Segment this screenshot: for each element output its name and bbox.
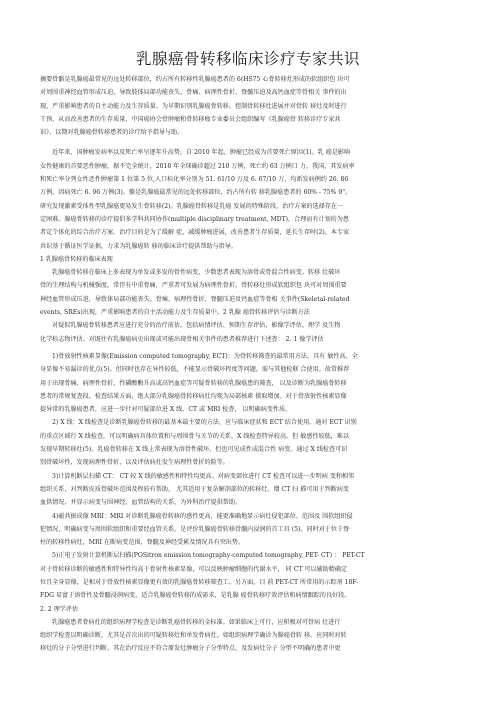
item-line: FDG 易富于溶骨性及骨髓浸润病变，适合乳腺癌骨转移的成需求，是乳腺 癌骨转移疗…: [40, 589, 456, 602]
section-assessment-intro: 对疑似乳腺癌骨转移患者应进行充分的治疗前估。包括病情评估、预期生存评估、影像学评…: [40, 319, 456, 346]
section-line: 化学标志物评估。对既往有乳腺癌病史出现或可能出现骨相关事件的患者推荐进行下述查：…: [40, 333, 456, 346]
item-line: 患者的常规复查段。检查结果方面，绝大部分乳腺癌骨转移病灶均现为局部核素 摄取增加…: [40, 390, 456, 403]
item-line: 对于骨转移诊断的敏感性和特异性均高于骨射性核素显像，可以反映肿瘤细胞的代谢水平，…: [40, 563, 456, 576]
abstract-line: 现，严重影响患者的自主动能力及生存质量。为早期识别乳腺癌骨转移、控制骨转移灶进展…: [40, 100, 456, 113]
section-pathology: 乳腺癌患者骨病灶的组织病理学检查是诊断乳癌骨转移的金标准。如果临床上可行，应积极…: [40, 616, 456, 656]
section-line: 神经血管形成压迫，导致体局部功能丧失。骨痛、病理性骨折、脊髓压迫及钙血症等骨相 …: [40, 293, 456, 306]
section-heading: 2. 2 理学评估: [40, 603, 456, 616]
item-ect: 1)骨放射性核素显像(Emission computed tomography,…: [40, 350, 456, 416]
item-line: 用于出现骨痛、病理性骨折、性磷酸酶升高或高钙血症等可疑骨转移的乳腺癌患的筛查， …: [40, 377, 456, 390]
item-line: 2) X 线：X 线检查是诊断乳腺癌骨转移的最基本最主要的方法，应与临床症状和 …: [40, 416, 456, 429]
intro-line: 者定个体化的综合治疗方案，治疗目的是为了缓解 症，减缓肿瘤进展，改善患者生存质量…: [40, 226, 456, 239]
item-line: 的重点区域行 X 线检查，可以明确病具体位置和与周围骨与关节的关系，X 线检查特…: [40, 430, 456, 443]
item-pet-ct: 5)正电子发射计算机断层扫描(POSitron emission tomogra…: [40, 549, 456, 602]
section-line: 对疑似乳腺癌骨转移患者应进行充分的治疗前估。包括病情评估、预期生存评估、影像学评…: [40, 319, 456, 332]
section-clinical-manifestation: 乳腺癌骨转移在临床上多表现为单发或多发的骨性病变，少数患者表现为溶骨或骨混合性病…: [40, 266, 456, 319]
intro-line: 研究发现激素受体性型乳腺癌更易发生骨转移(2)。乳腺癌骨转移是乳癌 发展的特殊阶…: [40, 200, 456, 213]
item-line: 提异常的乳腺癌患者，应进一步针对可疑部位进 X 线、CT 或 MRI 检查， 以…: [40, 403, 456, 416]
item-xray: 2) X 线：X 线检查是诊断乳腺癌骨转移的最基本最主要的方法，应与临床症状和 …: [40, 416, 456, 469]
intro-line: 女性健康的首要恶性肿瘤，据不完全统计，2018 年全球确诊超过 210 万例，死…: [40, 160, 456, 173]
document-page: 乳腺癌骨转移临床诊疗专家共识 摘要骨骼是乳腺癌最常见的远处转移部位，约占所有转移…: [0, 0, 496, 702]
item-ct: 3)计算机断层扫描 CT： CT 较 X 线的敏感性和特性均更高。对病变部位进行…: [40, 470, 456, 510]
section-line: 组织学检查以明确诊断，尤其是首次出的可疑转移灶和单发骨病灶。如组织病理学确诊为腺…: [40, 629, 456, 642]
item-line: 3)计算机断层扫描 CT： CT 较 X 线的敏感性和特性均更高。对病变部位进行…: [40, 470, 456, 483]
abstract-line: 摘要骨骼是乳腺癌最常见的远处转移部位，约占所有转移性乳腺癌患者的 6(HS75 …: [40, 73, 456, 86]
intro-line: 万例，因病死亡 6. 96 万例(3)。骼是乳腺癌最常见的远处转移部位，约占所有…: [40, 186, 456, 199]
section-line: 移灶的分子分型进行判断。其在治疗反应不符合原发灶肿瘤分子分型特点，及发病灶分子 …: [40, 642, 456, 655]
item-line: 1)骨放射性核素显像(Emission computed tomography,…: [40, 350, 456, 363]
introduction: 近年来，国肿瘤发病率以及死亡率呈逐年升高势，自 2010 年起，肿瘤已经成为首要…: [40, 146, 456, 252]
intro-line: 共识基于循证医学证据，力求为乳腺癌转 移的临床诊疗提供帮助与指导。: [40, 240, 456, 253]
abstract: 摘要骨骼是乳腺癌最常见的远处转移部位，约占所有转移性乳腺癌患者的 6(HS75 …: [40, 73, 456, 139]
section-line: 骨的生理结构与机械强度，常伴有中重骨痛，严重者可发展为病理性骨折。骨转移灶形成软…: [40, 279, 456, 292]
item-line: 身显像不易漏诊的优点(5)。但同时也存在异性较低，不能显示骨破坏程度等问题，需与…: [40, 363, 456, 376]
item-line: 别骨破坏性，发现病理性骨折，以及评估病灶发生病理性骨折的险等。: [40, 456, 456, 469]
item-line: 4)磁共振成像 MRI：MRI 对诊断乳腺癌骨转移的感性更高，能更准确地显示病灶…: [40, 510, 456, 523]
intro-line: 近年来，国肿瘤发病率以及死亡率呈逐年升高势，自 2010 年起，肿瘤已经成为首要…: [40, 146, 456, 159]
section-line: events, SREs)出现，严重影响患者的自主活动能力及生存质量中。2 乳腺…: [40, 306, 456, 319]
item-line: 柱的转移性病灶，MRI 在断病变范围，脊髓及神经受累及情况具有突出势。: [40, 536, 456, 549]
item-line: 组织关系，对判断皮质骨破坏范围及程较有帮助， 尤其适用于复杂解剖部位的转移灶。增…: [40, 483, 456, 496]
abstract-line: 识》，以期对乳腺癌骨转移患者的诊疗给予指导与助。: [40, 126, 456, 139]
paragraph-gap: [40, 139, 456, 146]
item-line: 发现早期转移灶(5)。乳癌骨转移在 X 线上常表现为溶骨性破坏，但也可见成性或混…: [40, 443, 456, 456]
abstract-line: 对周围重神经血管形成压迫，导致肢体局部功能丧失，骨痛、病理性骨折、脊髓压迫及高钙…: [40, 86, 456, 99]
intro-line: 定困难。腺癌骨转移的诊疗提倡多学科共同协作(multiple disciplin…: [40, 213, 456, 226]
abstract-line: 干预，从而改善患者的生存质量，中国癌协会骨肿瘤和骨转移瘤专业委员会组织编写《乳腺…: [40, 113, 456, 126]
item-mri: 4)磁共振成像 MRI：MRI 对诊断乳腺癌骨转移的感性更高，能更准确地显示病灶…: [40, 510, 456, 550]
item-line: 犯情况，明确病变与周围软组织和重要经血管关系，是评价乳腺癌骨转移骨髓内浸润的首工…: [40, 523, 456, 536]
item-line: 血供情况，并显示病变与围神经、血管结构的关系，为外科治疗提供帮助。: [40, 496, 456, 509]
document-title: 乳腺癌骨转移临床诊疗专家共识: [0, 47, 496, 69]
section-line: 乳腺癌患者骨病灶的组织病理学检查是诊断乳癌骨转移的金标准。如果临床上可行，应积极…: [40, 616, 456, 629]
item-line: 位且全身显像，是相对于骨放性核素显像更有效的乳腺癌骨转移筛查工。另方面，目 前 …: [40, 576, 456, 589]
item-line: 5)正电子发射计算机断层扫描(POSitron emission tomogra…: [40, 549, 456, 562]
intro-line: 和死亡率分列女性恶性肿瘤第 1 位第 5 位,人口标化率分别为 51. 61/1…: [40, 173, 456, 186]
section-line: 乳腺癌骨转移在临床上多表现为单发或多发的骨性病变，少数患者表现为溶骨或骨混合性病…: [40, 266, 456, 279]
section-heading: 1 乳腺癌骨转移的临床表现: [40, 253, 456, 266]
document-body: 摘要骨骼是乳腺癌最常见的远处转移部位，约占所有转移性乳腺癌患者的 6(HS75 …: [40, 73, 456, 656]
